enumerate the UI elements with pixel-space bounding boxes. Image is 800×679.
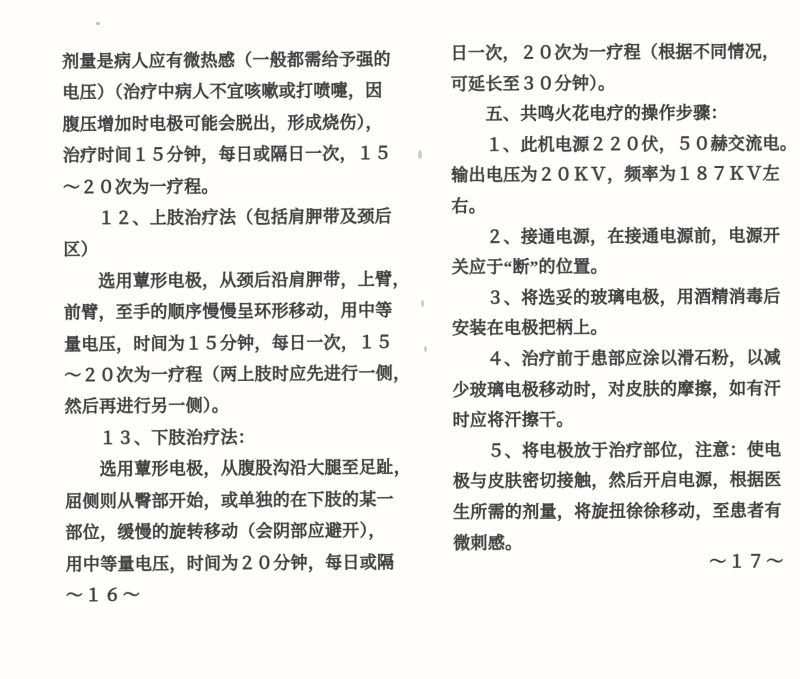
text-line: 区） (63, 232, 411, 266)
text-line: ４、治疗前于患部应涂以滑石粉，以减 (452, 343, 784, 375)
text-line: ～２０次为一疗程。 (63, 169, 411, 203)
text-line: 选用蕈形电极，从腹股沟沿大腿至足趾， (65, 452, 413, 486)
text-line: 治疗时间１５分钟，每日或隔日一次，１５ (63, 138, 411, 172)
text-line: 五、共鸣火花电疗的操作步骤： (451, 98, 783, 130)
text-line: ～２０次为一疗程（两上肢时应先进行一侧， (64, 358, 412, 392)
text-line: 输出电压为２０ＫＶ，频率为１８７ＫＶ左 (451, 160, 783, 192)
text-line: 少玻璃电极移动时，对皮肤的摩擦，如有汗 (452, 374, 784, 406)
text-line: 屈侧则从臀部开始，或单独的在下肢的某一 (65, 483, 413, 517)
text-line: 右。 (451, 190, 783, 222)
text-line: 选用蕈形电极，从颈后沿肩胛带，上臂， (64, 264, 412, 298)
text-line: 安装在电极把柄上。 (452, 312, 784, 344)
scanned-book-spread: 剂量是病人应有微热感（一般都需给予强的 电压）（治疗中病人不宜咳嗽或打喷嚏，因 … (0, 0, 800, 679)
text-line: ３、将选妥的玻璃电极，用酒精消毒后 (452, 282, 784, 314)
text-line: １、此机电源２２０伏，５０赫交流电。 (451, 129, 783, 161)
text-line: 腹压增加时电极可能会脱出，形成烧伤）， (62, 107, 410, 141)
text-line: 关应于“断”的位置。 (452, 251, 784, 283)
text-line: 前臂，至手的顺序慢慢呈环形移动，用中等 (64, 295, 412, 329)
text-line: ５、将电极放于治疗部位，注意：使电 (453, 435, 785, 467)
page-number-left: ～１６～ (66, 578, 414, 612)
text-line: １３、下肢治疗法： (65, 421, 413, 455)
text-line: １２、上肢治疗法（包括肩胛带及颈后 (63, 201, 411, 235)
text-line: 时应将汗擦干。 (453, 404, 785, 436)
text-line: 可延长至３０分钟）。 (451, 68, 783, 100)
text-line: 剂量是病人应有微热感（一般都需给予强的 (62, 44, 410, 78)
text-line: 部位，缓慢的旋转移动（会阴部应避开）， (65, 515, 413, 549)
scan-speckle (418, 150, 422, 159)
text-line: 量电压，时间为１５分钟，每日一次，１５ (64, 326, 412, 360)
page-right: 日一次，２０次为一疗程（根据不同情况， 可延长至３０分钟）。 五、共鸣火花电疗的… (451, 37, 786, 579)
text-line: 生所需的剂量，将旋扭徐徐移动，至患者有 (453, 496, 785, 528)
text-line: 日一次，２０次为一疗程（根据不同情况， (451, 37, 783, 69)
text-line: 极与皮肤密切接触，然后开启电源，根据医 (453, 465, 785, 497)
scan-speckle (96, 22, 100, 25)
text-line: ２、接通电源，在接通电源前，电源开 (452, 221, 784, 253)
text-line: 然后再进行另一侧）。 (64, 389, 412, 423)
scan-speckle (424, 346, 427, 352)
scan-speckle (421, 300, 424, 307)
text-line: 用中等量电压，时间为２０分钟，每日或隔 (66, 546, 414, 580)
page-left: 剂量是病人应有微热感（一般都需给予强的 电压）（治疗中病人不宜咳嗽或打喷嚏，因 … (62, 44, 414, 612)
text-line: 电压）（治疗中病人不宜咳嗽或打喷嚏，因 (62, 75, 410, 109)
